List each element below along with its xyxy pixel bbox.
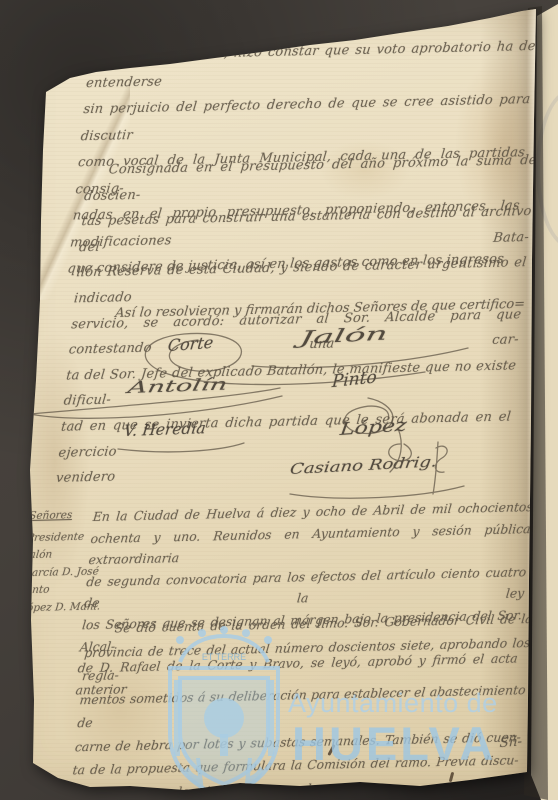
manuscript-page-wrap: segundo de Alcalde, hizo constar que su … xyxy=(0,0,558,800)
page-edge-vignette xyxy=(0,0,558,800)
manuscript-page: segundo de Alcalde, hizo constar que su … xyxy=(0,0,558,800)
scanned-document-view: segundo de Alcalde, hizo constar que su … xyxy=(0,0,558,800)
